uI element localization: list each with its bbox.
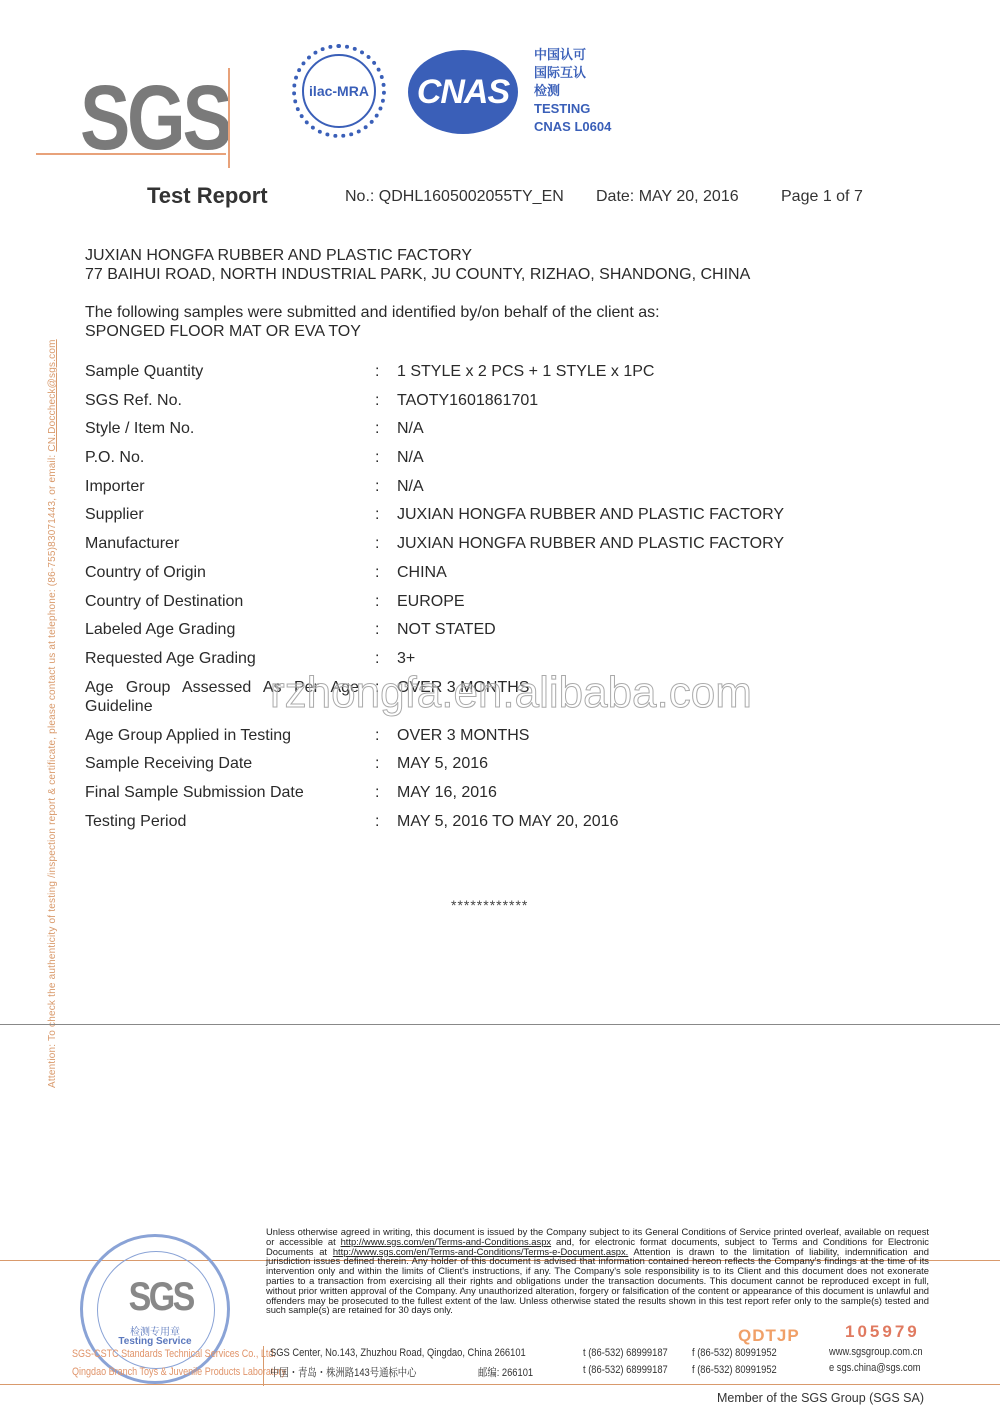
field-value: MAY 5, 2016 [397,754,488,773]
address-divider [263,1346,264,1386]
field-separator: : [375,477,379,496]
authenticity-notice: Attention: To check the authenticity of … [47,339,58,1088]
field-value: OVER 3 MONTHS [397,726,529,745]
watermark: rzhongfa.en.alibaba.com [270,668,752,718]
address-cn: 中国・青岛・株洲路143号通标中心 [270,1364,417,1380]
legal-text: Attention is drawn to the limitation of … [266,1246,929,1316]
field-label: Manufacturer [85,534,365,553]
cnas-logo: CNAS [408,50,518,134]
page-indicator: Page 1 of 7 [781,188,863,206]
telephone: t (86-532) 68999187 [583,1364,668,1376]
report-number: No.: QDHL1605002055TY_EN [345,188,564,206]
field-value: TAOTY1601861701 [397,391,538,410]
field-separator: : [375,649,379,668]
field-value: CHINA [397,563,447,582]
field-value: JUXIAN HONGFA RUBBER AND PLASTIC FACTORY [397,505,784,524]
postcode-cn: 邮编: 266101 [478,1364,533,1380]
cnas-line: 国际互认 [534,64,611,82]
fax: f (86-532) 80991952 [692,1347,777,1359]
field-value: N/A [397,448,424,467]
testing-service-stamp: SGS 检测专用章 Testing Service [80,1234,230,1384]
logo-underline [36,153,226,155]
authenticity-notice-text: Attention: To check the authenticity of … [47,452,58,1088]
report-date: Date: MAY 20, 2016 [596,188,739,206]
field-separator: : [375,592,379,611]
field-separator: : [375,726,379,745]
field-separator: : [375,563,379,582]
serial-number: 105979 [845,1322,920,1342]
website-link[interactable]: www.sgsgroup.com.cn [829,1346,923,1358]
sample-description: SPONGED FLOOR MAT OR EVA TOY [85,322,361,341]
field-value: N/A [397,477,424,496]
field-separator: : [375,534,379,553]
legal-disclaimer: Unless otherwise agreed in writing, this… [266,1227,929,1315]
telephone: t (86-532) 68999187 [583,1347,668,1359]
stamp-sgs-logo: SGS [129,1275,193,1320]
doccheck-email-link[interactable]: CN.Doccheck@sgs.com [47,339,58,451]
client-name: JUXIAN HONGFA RUBBER AND PLASTIC FACTORY [85,246,472,265]
cnas-line: 检测 [534,82,611,100]
office-code: QDTJP [738,1326,800,1346]
field-value: JUXIAN HONGFA RUBBER AND PLASTIC FACTORY [397,534,784,553]
field-separator: : [375,812,379,831]
address-en: SGS Center, No.143, Zhuzhou Road, Qingda… [270,1347,526,1359]
field-label: SGS Ref. No. [85,391,365,410]
field-separator: : [375,419,379,438]
field-label: Age Group Applied in Testing [85,726,365,745]
email-link[interactable]: e sgs.china@sgs.com [829,1362,921,1374]
sgs-logo: SGS [80,72,229,164]
field-label: Country of Destination [85,592,365,611]
field-separator: : [375,620,379,639]
field-value: NOT STATED [397,620,496,639]
field-value: 3+ [397,649,415,668]
stamp-en-label: Testing Service [83,1336,227,1347]
divider [0,1024,1000,1025]
field-separator: : [375,391,379,410]
address-rule [0,1384,1000,1385]
cnas-line: 中国认可 [534,46,611,64]
client-address: 77 BAIHUI ROAD, NORTH INDUSTRIAL PARK, J… [85,265,750,284]
lab-name-line2: Qingdao Branch Toys & Juvenile Products … [72,1366,286,1378]
lab-name-line1: SGS-CSTC Standards Technical Services Co… [72,1348,276,1360]
field-label: Sample Receiving Date [85,754,365,773]
field-value: 1 STYLE x 2 PCS + 1 STYLE x 1PC [397,362,654,381]
field-label: Importer [85,477,365,496]
field-value: N/A [397,419,424,438]
cnas-label: CNAS [415,73,511,112]
field-label: Supplier [85,505,365,524]
field-value: MAY 5, 2016 TO MAY 20, 2016 [397,812,618,831]
field-separator: : [375,505,379,524]
cnas-line: CNAS L0604 [534,118,611,136]
field-label: P.O. No. [85,448,365,467]
field-separator: : [375,362,379,381]
field-label: Testing Period [85,812,365,831]
fax: f (86-532) 80991952 [692,1364,777,1376]
field-label: Labeled Age Grading [85,620,365,639]
cnas-line: TESTING [534,100,611,118]
field-separator: : [375,754,379,773]
ilac-label: ilac-MRA [309,83,369,99]
ilac-mra-icon: ilac-MRA [302,54,376,128]
group-membership: Member of the SGS Group (SGS SA) [717,1391,924,1405]
field-value: MAY 16, 2016 [397,783,497,802]
field-label: Final Sample Submission Date [85,783,365,802]
field-label: Requested Age Grading [85,649,365,668]
cnas-accreditation-text: 中国认可 国际互认 检测 TESTING CNAS L0604 [534,46,611,136]
ilac-mra-logo: ilac-MRA [292,44,386,138]
logo-vertical-line [228,68,230,168]
field-label: Sample Quantity [85,362,365,381]
field-label: Style / Item No. [85,419,365,438]
field-separator: : [375,783,379,802]
intro-text: The following samples were submitted and… [85,303,660,322]
end-of-content-marker: ************ [451,897,528,913]
field-label: Country of Origin [85,563,365,582]
field-value: EUROPE [397,592,465,611]
page-title: Test Report [147,183,268,209]
field-separator: : [375,448,379,467]
